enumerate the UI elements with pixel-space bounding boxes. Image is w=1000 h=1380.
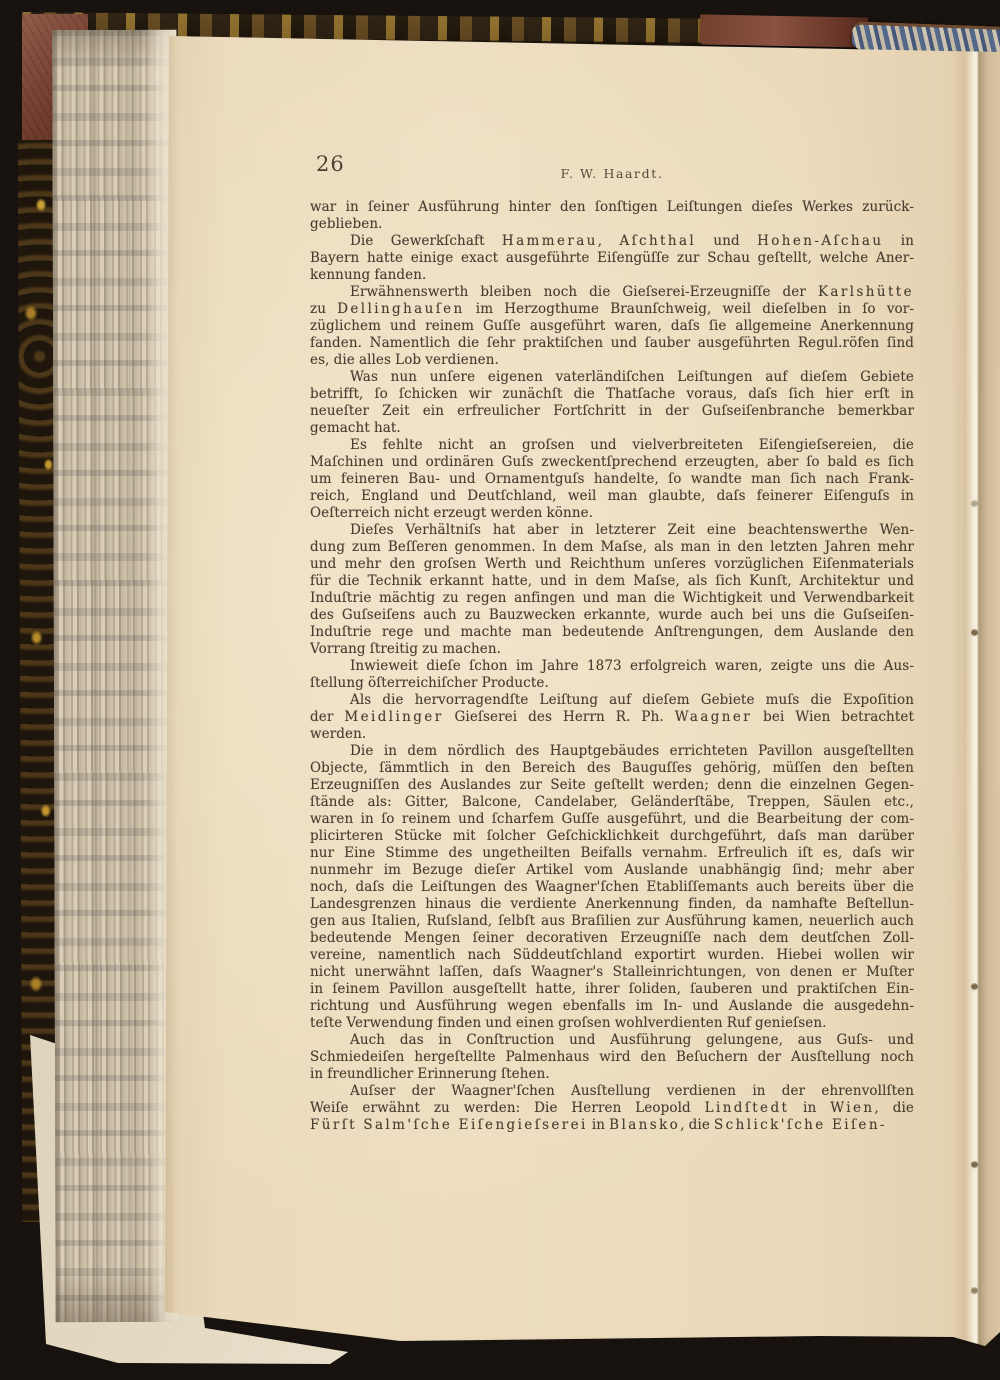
text-line: der Meidlinger Gieſserei des Herrn R. Ph…	[310, 709, 914, 726]
text-line: Maſchinen und ordinären Guſs zweckentſpr…	[310, 454, 914, 471]
text-line: fanden. Namentlich die ſehr praktiſchen …	[310, 335, 914, 352]
text-line: ſtände als: Gitter, Balcone, Candelaber,…	[310, 794, 914, 811]
text-line: Was nun unſere eigenen vaterländiſchen L…	[310, 369, 914, 386]
text-line: noch, daſs die Leiſtungen des Waagner'ſc…	[310, 879, 914, 896]
text-line: Dieſes Verhältniſs hat aber in letzterer…	[310, 522, 914, 539]
sewing-thread-dot	[971, 500, 978, 506]
text-line: Die in dem nördlich des Hauptgebäudes er…	[310, 743, 914, 760]
text-line: züglichem und reinem Guſſe ausgeführt wa…	[310, 318, 914, 335]
text-line: nicht unerwähnt laſſen, daſs Waagner's S…	[310, 964, 914, 981]
text-line: zu Dellinghauſen im Herzogthume Braunſch…	[310, 301, 914, 318]
text-line: Es fehlte nicht an groſsen und vielverbr…	[310, 437, 914, 454]
book-spine-top	[700, 14, 869, 47]
text-line: Auſser der Waagner'ſchen Ausſtellung ver…	[310, 1083, 914, 1100]
text-line: werden.	[310, 726, 914, 743]
text-line: kennung fanden.	[310, 267, 914, 284]
scanned-book-photo: 26 F. W. Haardt. war in ſeiner Ausführun…	[0, 0, 1000, 1380]
sewing-thread-dot	[971, 1161, 978, 1167]
text-line: Auch das in Conſtruction und Ausführung …	[310, 1032, 914, 1049]
text-line: reich, England und Deutſchland, weil man…	[310, 488, 914, 505]
text-line: Induſtrie rege und machte man bedeutende…	[310, 624, 914, 641]
text-line: dung zum Beſſeren genommen. In dem Maſse…	[310, 539, 914, 556]
text-line: des Guſseiſens auch zu Bauzwecken erkann…	[310, 607, 914, 624]
text-line: plicirteren Stücke mit ſolcher Geſchickl…	[310, 828, 914, 845]
text-line: bedeutende Mengen ſeiner decorativen Erz…	[310, 930, 914, 947]
text-line: geblieben.	[310, 216, 914, 233]
text-line: Als die hervorragendſte Leiſtung auf die…	[310, 692, 914, 709]
text-line: Weiſe erwähnt zu werden: Die Herren Leop…	[310, 1100, 914, 1117]
text-line: Bayern hatte einige exact ausgeführte Ei…	[310, 250, 914, 267]
text-line: waren in ſo reinem und ſcharfem Guſſe au…	[310, 811, 914, 828]
text-line: Erzeugniſſen des Auslandes zur Seite geſ…	[310, 777, 914, 794]
text-line: nur Eine Stimme des ungetheilten Beifall…	[310, 845, 914, 862]
text-line: in freundlicher Erinnerung ſtehen.	[310, 1066, 914, 1083]
text-line: Induſtrie mächtig zu regen anfingen und …	[310, 590, 914, 607]
text-line: gemacht hat.	[310, 420, 914, 437]
sewing-thread-dot	[971, 1287, 978, 1293]
sewing-thread-dot	[971, 983, 978, 989]
running-header: F. W. Haardt.	[310, 166, 914, 181]
text-line: Inwieweit dieſe ſchon im Jahre 1873 erfo…	[310, 658, 914, 675]
text-line: in ſeinem Pavillon ausgeſtellt hatte, ih…	[310, 981, 914, 998]
text-line: Objecte, ſämmtlich in den Bereich des Ba…	[310, 760, 914, 777]
text-line: Vorrang ſtreitig zu machen.	[310, 641, 914, 658]
text-block: war in ſeiner Ausführung hinter den ſonſ…	[310, 199, 914, 1134]
text-line: ſtellung öſterreichiſcher Producte.	[310, 675, 914, 692]
sewing-thread-dot	[971, 629, 978, 635]
text-line: neueſter Zeit ein erfreulicher Fortſchri…	[310, 403, 914, 420]
text-line: nunmehr im Bezuge dieſer Artikel vom Aus…	[310, 862, 914, 879]
text-line: es, die alles Lob verdienen.	[310, 352, 914, 369]
page-gutter	[952, 46, 1000, 1346]
text-line: und mehr den groſsen Werth und Reichthum…	[310, 556, 914, 573]
text-line: Oeſterreich nicht erzeugt werden könne.	[310, 505, 914, 522]
text-line: Fürſt Salm'ſche Eiſengieſserei in Blansk…	[310, 1117, 914, 1134]
text-line: teſte Verwendung finden und einen groſse…	[310, 1015, 914, 1032]
text-line: Landesgrenzen hinaus die verdiente Anerk…	[310, 896, 914, 913]
text-line: um feineren Bau- und Ornamentguſs handel…	[310, 471, 914, 488]
page-fore-edges	[52, 30, 179, 1322]
text-line: für die Technik erkannt hatte, und in de…	[310, 573, 914, 590]
text-line: war in ſeiner Ausführung hinter den ſonſ…	[310, 199, 914, 216]
text-line: Schmiedeiſen hergeſtellte Palmenhaus wir…	[310, 1049, 914, 1066]
text-line: gen aus Italien, Ruſsland, ſelbſt aus Br…	[310, 913, 914, 930]
text-line: betrifft, ſo ſchicken wir zunächſt die T…	[310, 386, 914, 403]
text-line: richtung und Ausführung wegen ebenfalls …	[310, 998, 914, 1015]
text-line: Erwähnenswerth bleiben noch die Gieſsere…	[310, 284, 914, 301]
text-line: vereine, namentlich nach Süddeutſchland …	[310, 947, 914, 964]
text-line: Die Gewerkſchaft Hammerau, Aſchthal und …	[310, 233, 914, 250]
